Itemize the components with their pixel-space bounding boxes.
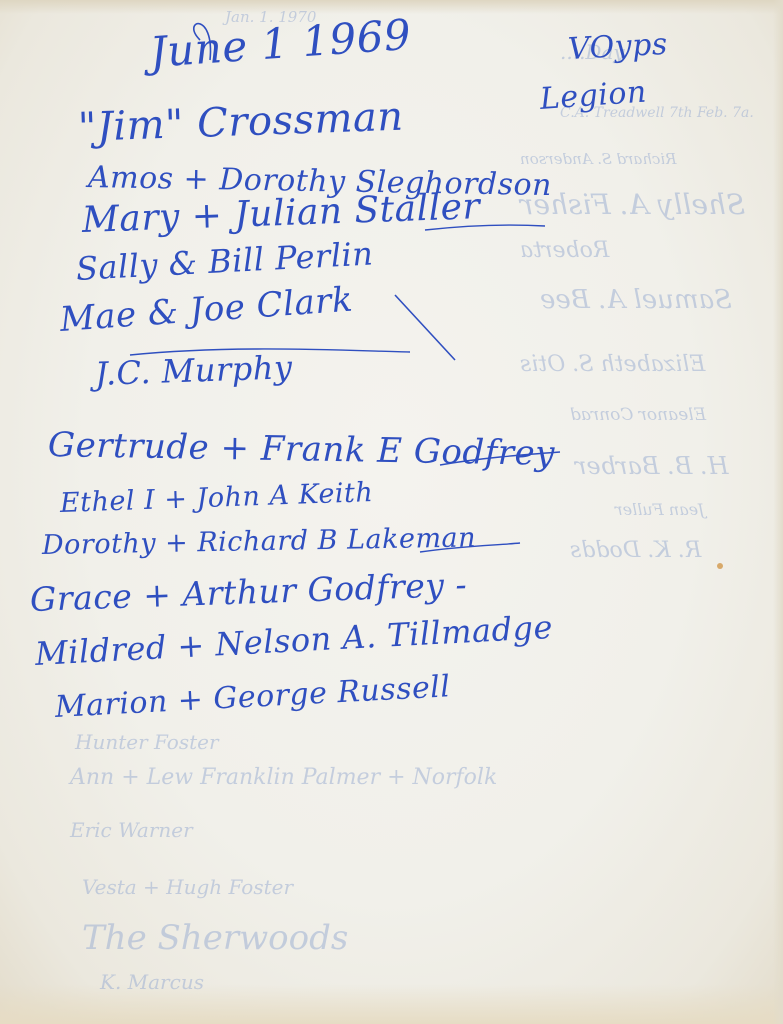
paper-stain <box>717 563 723 569</box>
guestbook-page: Jan. 1. 1970 ....Day C.A. Treadwell 7th … <box>0 0 783 1024</box>
pen-flourishes <box>0 0 783 1024</box>
